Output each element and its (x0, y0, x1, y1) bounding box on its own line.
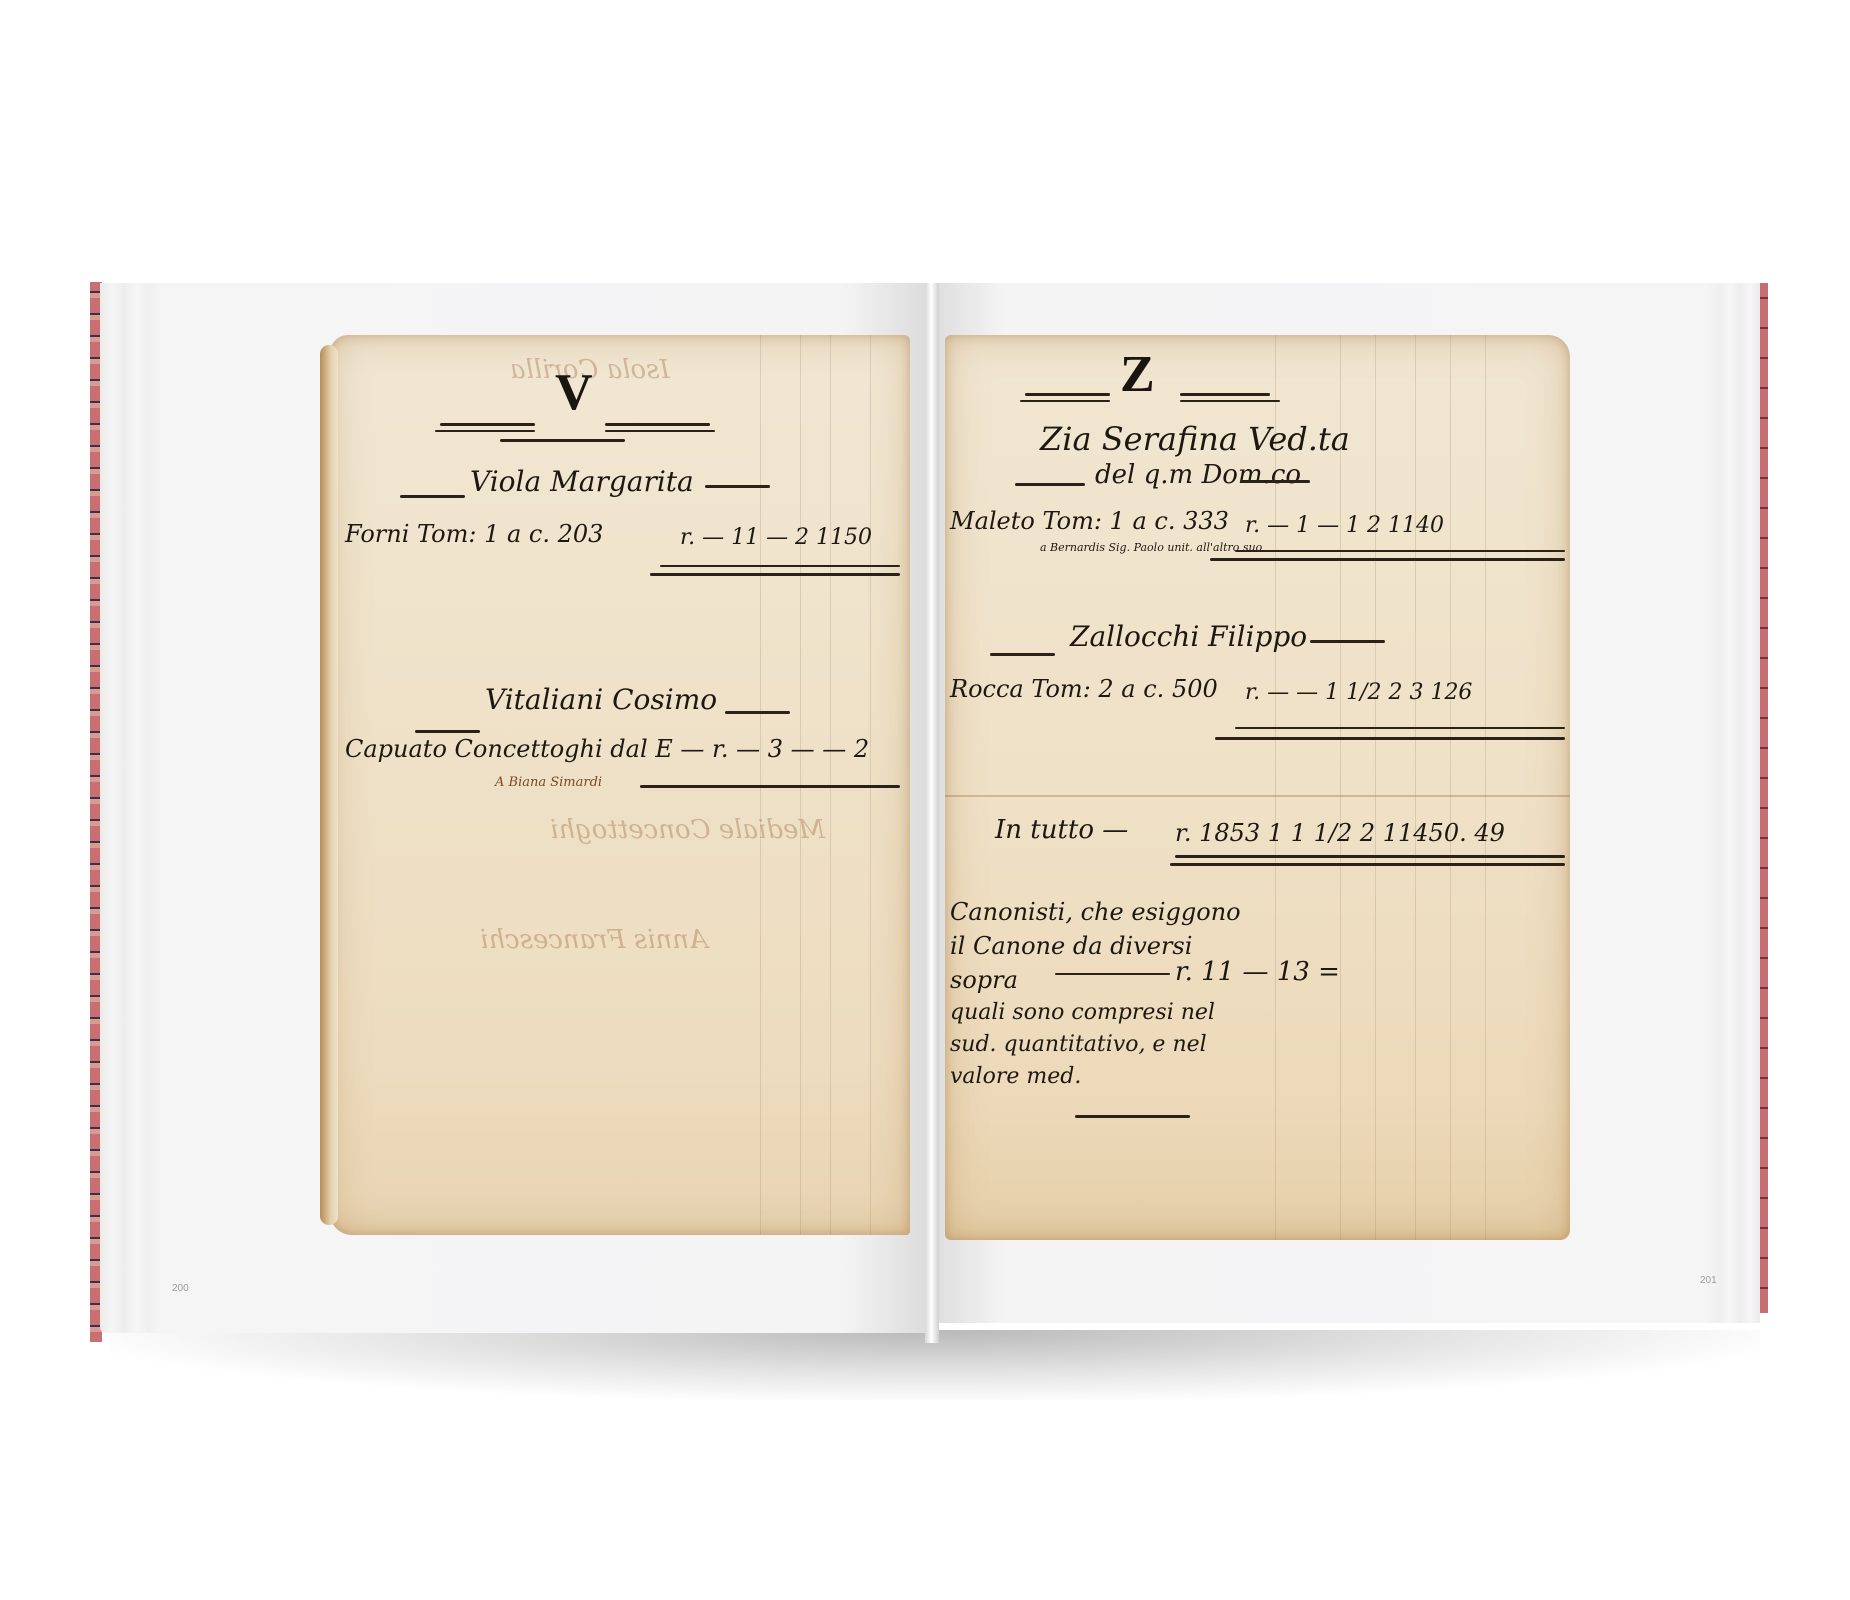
manuscript-folio-left: Isola Corilla Mediale Concettoghi Annis … (330, 335, 910, 1235)
entry-name: Vitaliani Cosimo (485, 683, 717, 716)
entry-values: r. — — 1 1/2 2 3 126 (1245, 680, 1472, 705)
entry-line: Maleto Tom: 1 a c. 333 (950, 507, 1229, 535)
entry-values: r. — 1 — 1 2 1140 (1245, 513, 1444, 538)
entry-line: Rocca Tom: 2 a c. 500 (950, 675, 1218, 703)
total-label: In tutto — (995, 815, 1128, 845)
entry-values: r. — 11 — 2 1150 (680, 525, 872, 550)
note-line: valore med. (950, 1061, 1230, 1093)
entry-subtitle: del q.m Dom.co (1095, 460, 1301, 490)
note-values: r. 11 — 13 = (1175, 957, 1340, 987)
total-values: r. 1853 1 1 1/2 2 11450. 49 (1175, 819, 1505, 847)
entry-name: Zallocchi Filippo (1070, 620, 1307, 653)
entry-name: Zia Serafina Ved.ta (1040, 420, 1350, 458)
note-line: Canonisti, che esiggono (950, 895, 1230, 929)
entry-annotation: A Biana Simardi (495, 775, 602, 790)
page-number-left: 200 (172, 1283, 189, 1294)
note-line: sud. quantitativo, e nel (950, 1029, 1230, 1061)
bleed-through-text: Mediale Concettoghi (550, 815, 825, 845)
paper-tear (945, 795, 1570, 797)
entry-line: Forni Tom: 1 a c. 203 (345, 520, 603, 548)
note-line: quali sono compresi nel (950, 997, 1230, 1029)
note-block: Canonisti, che esiggono il Canone da div… (950, 895, 1230, 1093)
page-number-right: 201 (1700, 1275, 1717, 1286)
entry-name: Viola Margarita (470, 465, 694, 498)
entry-line: Capuato Concettoghi dal E — r. — 3 — — 2 (345, 735, 869, 763)
section-letter-v: V (555, 363, 593, 422)
manuscript-folio-right: Z Zia Serafina Ved.ta del q.m Dom.co Mal… (945, 335, 1570, 1240)
open-book: 200 201 Isola Corilla Mediale Concettogh… (0, 0, 1850, 1600)
bleed-through-text: Annis Franceschi (480, 925, 708, 955)
entry-annotation: a Bernardis Sig. Paolo unit. all'altro s… (1040, 541, 1262, 554)
book-gutter (925, 283, 939, 1343)
section-letter-z: Z (1120, 345, 1155, 404)
